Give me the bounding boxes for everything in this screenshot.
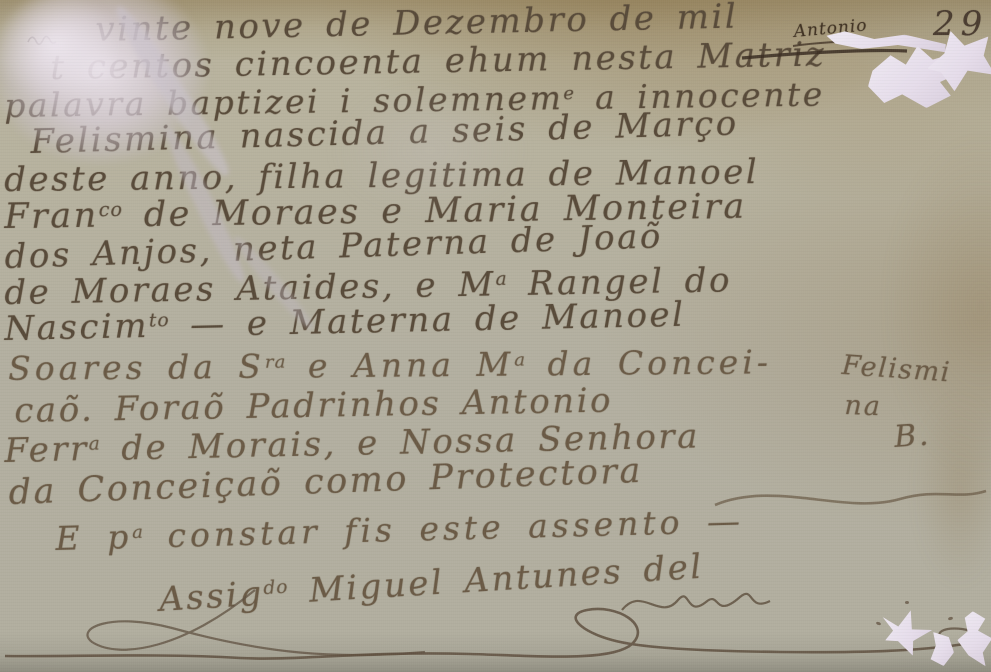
manuscript-photo: vinte nove de Dezembro de mil t centos c… — [0, 0, 991, 672]
line-text: E p — [55, 517, 133, 558]
superscript: a — [132, 522, 144, 543]
line-text: e Anna M — [286, 345, 514, 386]
superscript: co — [98, 198, 123, 221]
superscript: to — [149, 310, 170, 331]
line-text: Soares da S — [8, 347, 265, 388]
superscript: ra — [265, 352, 287, 373]
superscript: a — [88, 434, 101, 455]
signature-text: Assig — [158, 574, 265, 620]
line-text: da Concei- — [526, 342, 772, 383]
margin-note-initial: B. — [893, 417, 932, 454]
superscript: e — [563, 83, 575, 104]
manuscript-line-10: Soares da Sra e Anna Ma da Concei- — [8, 342, 772, 388]
line-text: Nascim — [4, 306, 149, 349]
superscript: do — [263, 577, 289, 600]
margin-note-name-2: na — [844, 390, 883, 422]
ink-speck — [905, 601, 909, 604]
superscript: a — [495, 269, 508, 290]
line-text: Ferr — [4, 429, 89, 471]
superscript: a — [514, 350, 526, 371]
line-text: Fran — [4, 196, 99, 237]
page-number: 29 — [933, 4, 988, 44]
